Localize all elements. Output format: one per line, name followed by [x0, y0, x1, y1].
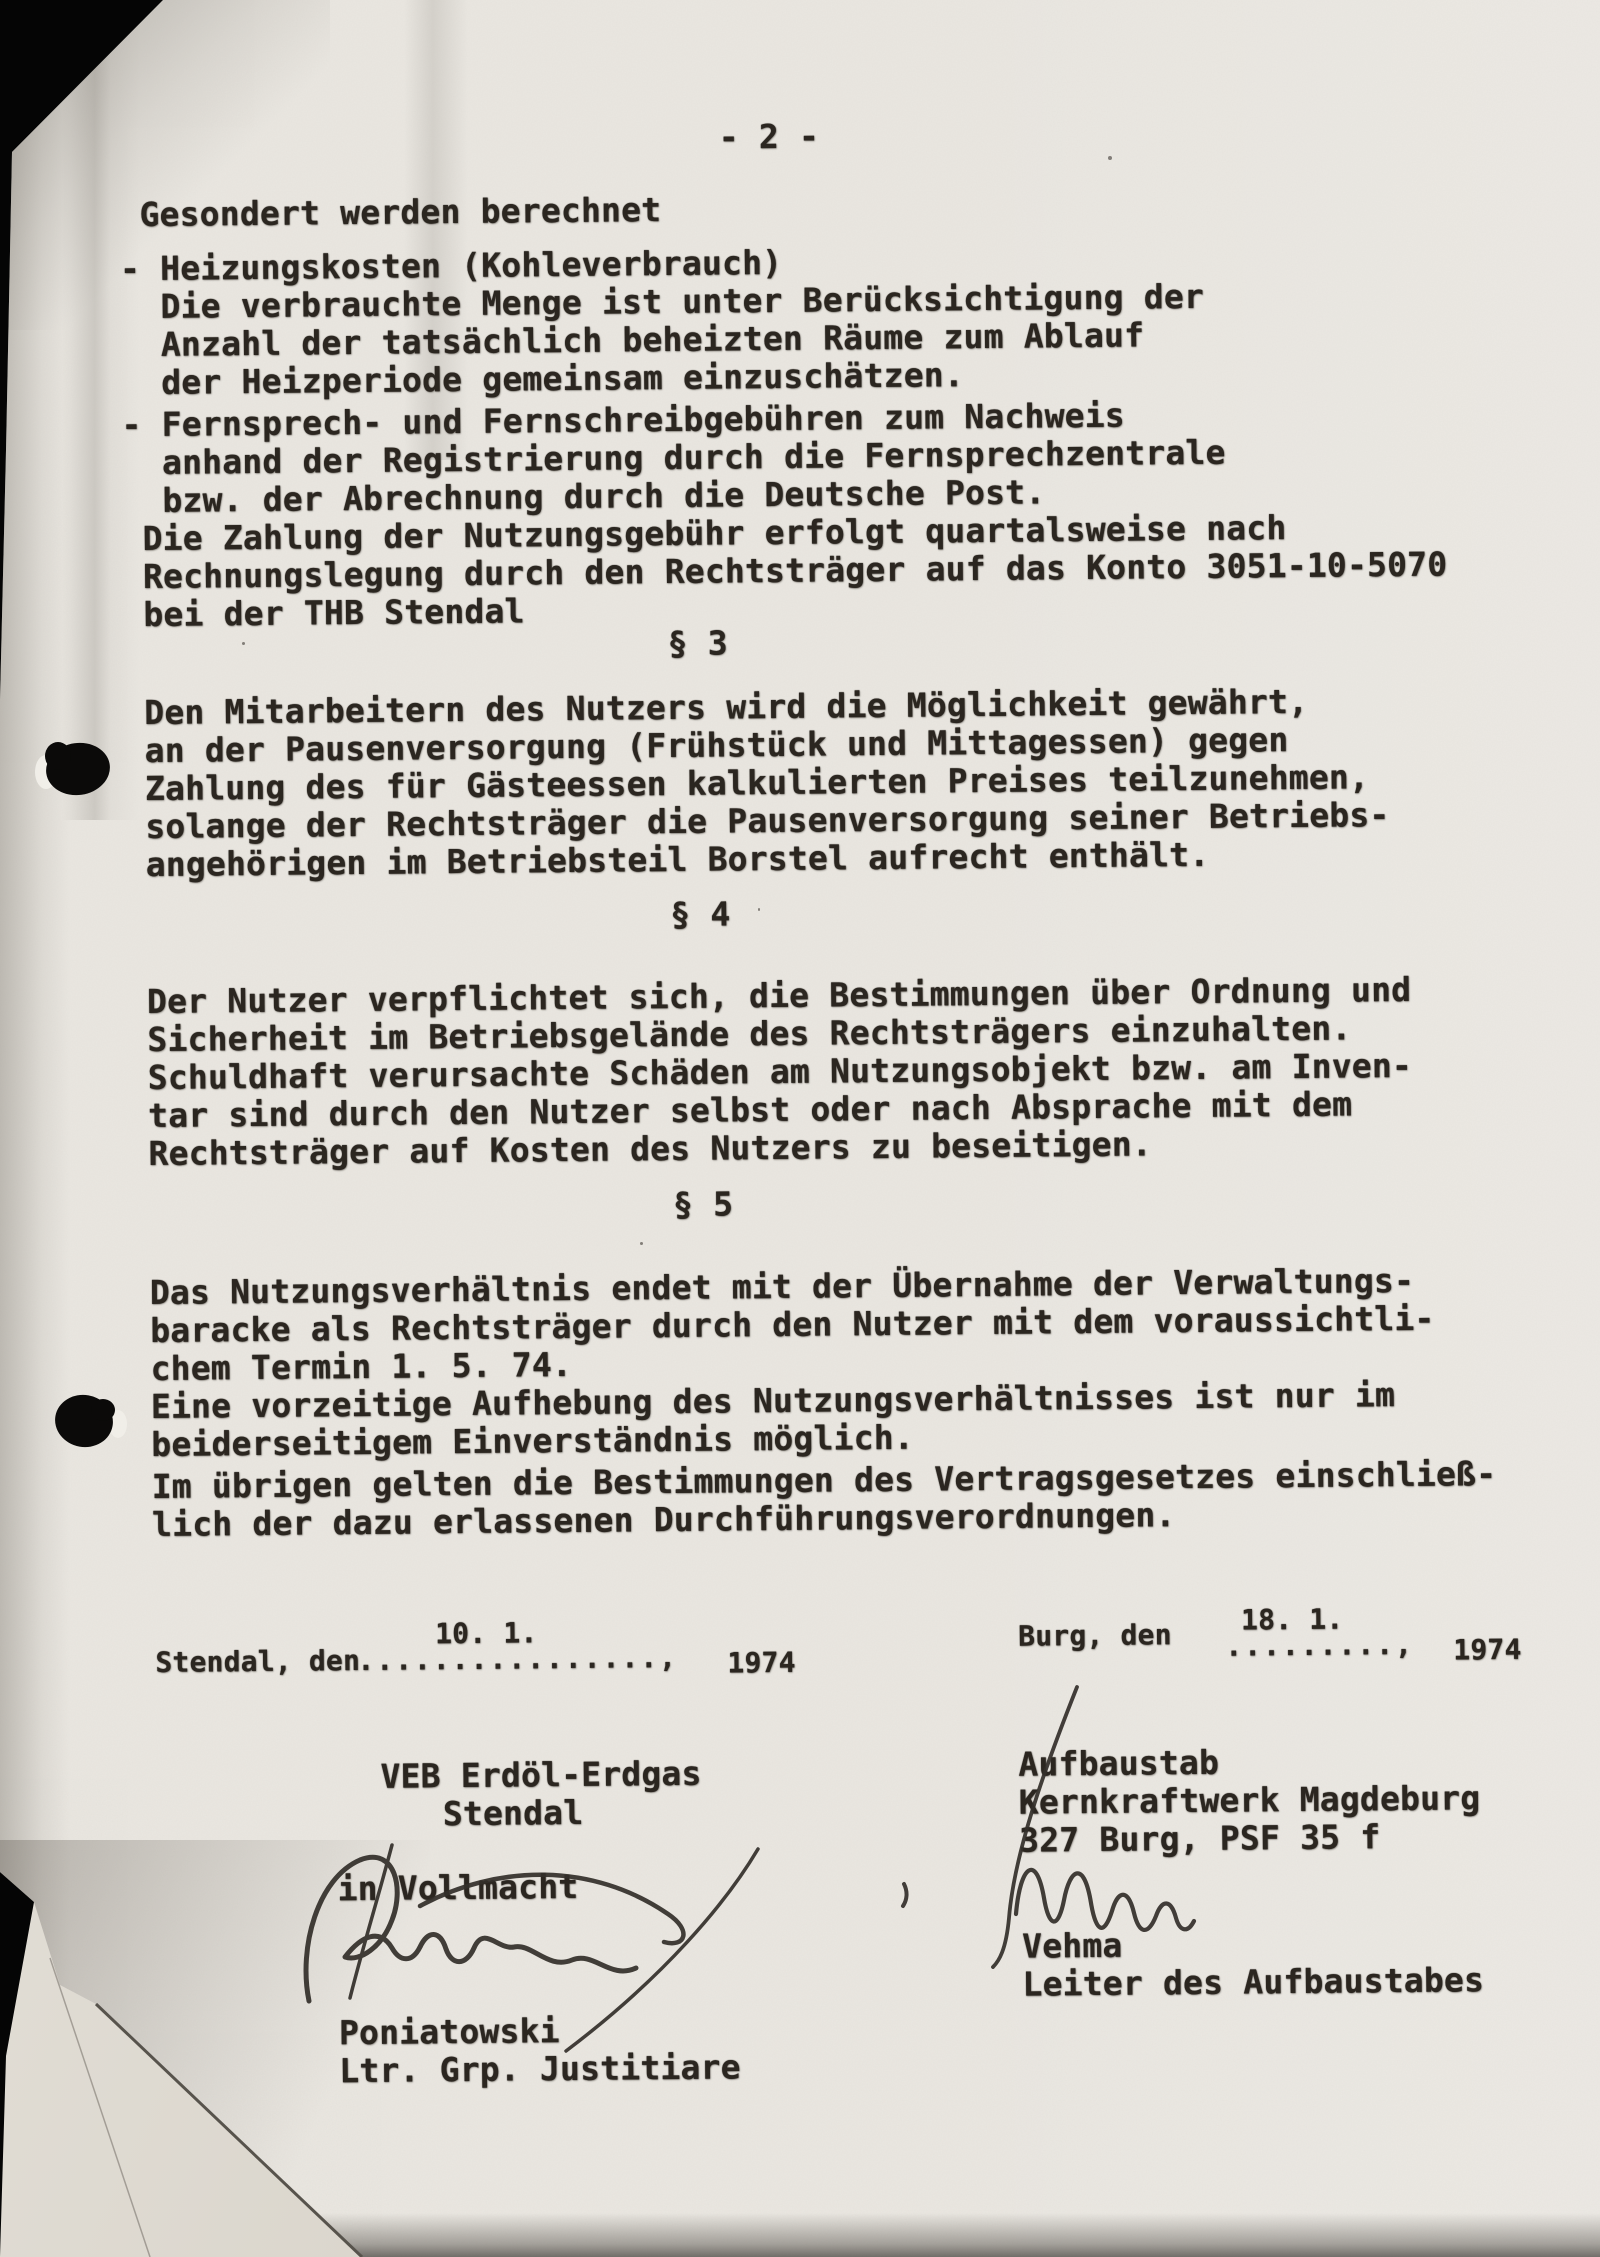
section-3-heading: § 3	[667, 624, 728, 663]
typewritten-text-layer: - 2 - Gesondert werden berechnet - Heizu…	[0, 0, 1600, 2257]
signer-left-title: Ltr. Grp. Justitiare	[339, 2048, 741, 2090]
date-right-city: Burg, den	[1018, 1618, 1172, 1653]
bullet-fernsprechgebuehren: - Fernsprech- und Fernschreibgebühren zu…	[121, 396, 1226, 521]
intro-line: Gesondert werden berechnet	[139, 191, 661, 234]
signer-right-org: Aufbaustab Kernkraftwerk Magdeburg 327 B…	[1018, 1741, 1481, 1859]
bullet-heizungskosten: - Heizungskosten (Kohleverbrauch) Die ve…	[120, 240, 1205, 402]
page-number: - 2 -	[719, 118, 820, 157]
section-4-paragraph: Der Nutzer verpflichtet sich, die Bestim…	[147, 971, 1413, 1173]
signer-right-name: Vehma	[1022, 1927, 1123, 1966]
signer-left-org: VEB Erdöl-Erdgas	[380, 1755, 701, 1796]
signer-left-name: Poniatowski	[339, 2012, 560, 2052]
date-left-city: Stendal, den	[155, 1644, 360, 1680]
signer-left-org-city: Stendal	[443, 1794, 584, 1833]
date-left-year: 1974	[727, 1646, 796, 1681]
section-4-heading: § 4	[670, 895, 731, 934]
date-right-dotted-line: .........,	[1225, 1628, 1414, 1664]
paragraph-zahlung: Die Zahlung der Nutzungsgebühr erfolgt q…	[142, 508, 1447, 635]
closing-paragraph: Im übrigen gelten die Bestimmungen des V…	[152, 1455, 1497, 1544]
scanned-document-page: - 2 - Gesondert werden berechnet - Heizu…	[0, 0, 1600, 2257]
section-5-paragraph: Das Nutzungsverhältnis endet mit der Übe…	[150, 1262, 1436, 1464]
date-right-year: 1974	[1453, 1633, 1522, 1668]
section-3-paragraph: Den Mitarbeitern des Nutzers wird die Mö…	[144, 682, 1390, 884]
vollmacht-note: in Vollmacht	[337, 1868, 578, 1908]
signer-right-title: Leiter des Aufbaustabes	[1022, 1961, 1484, 2003]
section-5-heading: § 5	[673, 1185, 734, 1224]
date-left-dotted-line: ................,	[357, 1641, 678, 1678]
